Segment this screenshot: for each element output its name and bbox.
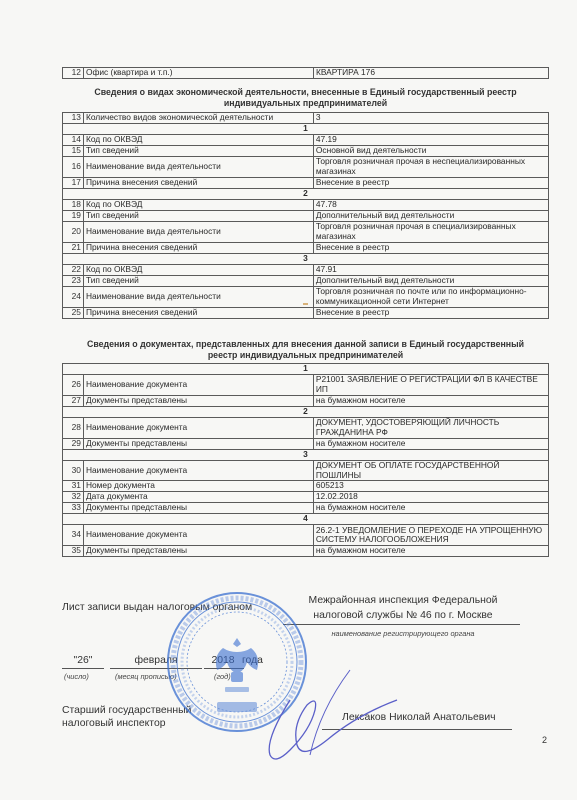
- table-row: 20Наименование вида деятельностиТорговля…: [63, 222, 549, 243]
- row-label: Наименование вида деятельности: [83, 222, 313, 243]
- row-value: 3: [313, 113, 548, 124]
- row-value: КВАРТИРА 176: [313, 68, 548, 79]
- row-number: 29: [63, 439, 84, 450]
- row-label: Причина внесения сведений: [83, 178, 313, 189]
- row-label: Код по ОКВЭД: [83, 135, 313, 146]
- row-value: Торговля розничная прочая в неспециализи…: [313, 157, 548, 178]
- documents-table: 126Наименование документаР21001 ЗАЯВЛЕНИ…: [62, 363, 549, 557]
- row-number: 18: [63, 200, 84, 211]
- row-value: Р21001 ЗАЯВЛЕНИЕ О РЕГИСТРАЦИИ ФЛ В КАЧЕ…: [313, 375, 548, 396]
- row-label: Причина внесения сведений: [83, 308, 313, 319]
- row-label: Наименование документа: [83, 375, 313, 396]
- row-label: Документы представлены: [83, 396, 313, 407]
- authority-underline: [283, 624, 520, 625]
- row-value: 47.19: [313, 135, 548, 146]
- row-label: Документы представлены: [83, 439, 313, 450]
- row-number: 21: [63, 243, 84, 254]
- position-line2: налоговый инспектор: [62, 718, 166, 729]
- row-number: 23: [63, 276, 84, 287]
- group-index: 2: [63, 189, 549, 200]
- group-index: 3: [63, 254, 549, 265]
- row-number: 32: [63, 492, 84, 503]
- row-value: 26.2-1 УВЕДОМЛЕНИЕ О ПЕРЕХОДЕ НА УПРОЩЕН…: [313, 525, 548, 546]
- row-label: Наименование документа: [83, 418, 313, 439]
- row-number: 30: [63, 461, 84, 481]
- row-value: Внесение в реестр: [313, 308, 548, 319]
- group-header-row: 2: [63, 407, 549, 418]
- row-value: на бумажном носителе: [313, 503, 548, 514]
- table-row: 29Документы представленына бумажном носи…: [63, 439, 549, 450]
- row-value: Торговля розничная прочая в специализиро…: [313, 222, 548, 243]
- day-underline: [62, 668, 104, 669]
- row-number: 15: [63, 146, 84, 157]
- row-label: Количество видов экономической деятельно…: [83, 113, 313, 124]
- row-value: Торговля розничная по почте или по инфор…: [313, 287, 548, 308]
- row-number: 14: [63, 135, 84, 146]
- row-label: Тип сведений: [83, 211, 313, 222]
- group-index: 1: [63, 124, 549, 135]
- row-value: Дополнительный вид деятельности: [313, 276, 548, 287]
- row-label: Номер документа: [83, 481, 313, 492]
- row-label: Причина внесения сведений: [83, 243, 313, 254]
- address-table: 12 Офис (квартира и т.п.) КВАРТИРА 176: [62, 67, 549, 79]
- table-row: 31Номер документа605213: [63, 481, 549, 492]
- table-row: 15Тип сведенийОсновной вид деятельности: [63, 146, 549, 157]
- row-label: Код по ОКВЭД: [83, 200, 313, 211]
- table-row: 19Тип сведенийДополнительный вид деятель…: [63, 211, 549, 222]
- authority-line1: Межрайонная инспекция Федеральной: [290, 595, 516, 606]
- group-header-row: 4: [63, 514, 549, 525]
- group-header-row: 3: [63, 450, 549, 461]
- row-number: 22: [63, 265, 84, 276]
- table-row: 16Наименование вида деятельностиТорговля…: [63, 157, 549, 178]
- row-value: Основной вид деятельности: [313, 146, 548, 157]
- page-number: 2: [542, 735, 547, 745]
- row-value: 605213: [313, 481, 548, 492]
- row-value: Внесение в реестр: [313, 178, 548, 189]
- group-header-row: 1: [63, 124, 549, 135]
- authority-hint: наименование регистрирующего органа: [290, 629, 516, 638]
- row-label: Дата документа: [83, 492, 313, 503]
- group-header-row: 3: [63, 254, 549, 265]
- table-row: 26Наименование документаР21001 ЗАЯВЛЕНИЕ…: [63, 375, 549, 396]
- row-value: 47.78: [313, 200, 548, 211]
- group-index: 1: [63, 364, 549, 375]
- row-value: на бумажном носителе: [313, 439, 548, 450]
- section-title-documents: Сведения о документах, представленных дл…: [62, 339, 549, 361]
- row-value: 47.91: [313, 265, 548, 276]
- row-label: Тип сведений: [83, 276, 313, 287]
- row-number: 19: [63, 211, 84, 222]
- row-number: 25: [63, 308, 84, 319]
- table-row: 14Код по ОКВЭД47.19: [63, 135, 549, 146]
- row-number: 33: [63, 503, 84, 514]
- row-label: Код по ОКВЭД: [83, 265, 313, 276]
- row-label: Документы представлены: [83, 546, 313, 557]
- row-number: 20: [63, 222, 84, 243]
- table-row: 32Дата документа12.02.2018: [63, 492, 549, 503]
- row-number: 13: [63, 113, 84, 124]
- table-row: 22Код по ОКВЭД47.91: [63, 265, 549, 276]
- row-label: Офис (квартира и т.п.): [83, 68, 313, 79]
- group-index: 3: [63, 450, 549, 461]
- section-title-activities: Сведения о видах экономической деятельно…: [62, 87, 549, 109]
- table-row: 28Наименование документаДОКУМЕНТ, УДОСТО…: [63, 418, 549, 439]
- row-number: 34: [63, 525, 84, 546]
- row-label: Документы представлены: [83, 503, 313, 514]
- row-label: Наименование вида деятельности: [83, 157, 313, 178]
- row-number: 31: [63, 481, 84, 492]
- row-number: 26: [63, 375, 84, 396]
- row-number: 17: [63, 178, 84, 189]
- table-row: 12 Офис (квартира и т.п.) КВАРТИРА 176: [63, 68, 549, 79]
- day-hint: (число): [64, 672, 89, 681]
- row-value: на бумажном носителе: [313, 396, 548, 407]
- activities-table: 13 Количество видов экономической деятел…: [62, 112, 549, 319]
- group-header-row: 1: [63, 364, 549, 375]
- group-index: 4: [63, 514, 549, 525]
- table-row: 25Причина внесения сведенийВнесение в ре…: [63, 308, 549, 319]
- table-row: 34Наименование документа26.2-1 УВЕДОМЛЕН…: [63, 525, 549, 546]
- row-number: 16: [63, 157, 84, 178]
- row-value: 12.02.2018: [313, 492, 548, 503]
- row-number: 27: [63, 396, 84, 407]
- row-label: Тип сведений: [83, 146, 313, 157]
- table-row: 18Код по ОКВЭД47.78: [63, 200, 549, 211]
- row-value: на бумажном носителе: [313, 546, 548, 557]
- registry-record-sheet: 12 Офис (квартира и т.п.) КВАРТИРА 176 С…: [0, 0, 577, 800]
- group-header-row: 2: [63, 189, 549, 200]
- row-value: ДОКУМЕНТ ОБ ОПЛАТЕ ГОСУДАРСТВЕННОЙ ПОШЛИ…: [313, 461, 548, 481]
- day-value: "26": [64, 655, 102, 666]
- signature-icon: [250, 660, 420, 770]
- row-number: 12: [63, 68, 84, 79]
- row-number: 35: [63, 546, 84, 557]
- table-row: 23Тип сведенийДополнительный вид деятель…: [63, 276, 549, 287]
- row-label: Наименование вида деятельности: [83, 287, 313, 308]
- table-row: 13 Количество видов экономической деятел…: [63, 113, 549, 124]
- row-label: Наименование документа: [83, 525, 313, 546]
- pen-mark: [303, 303, 308, 305]
- row-number: 24: [63, 287, 84, 308]
- row-number: 28: [63, 418, 84, 439]
- table-row: 21Причина внесения сведенийВнесение в ре…: [63, 243, 549, 254]
- table-row: 17Причина внесения сведенийВнесение в ре…: [63, 178, 549, 189]
- row-value: Внесение в реестр: [313, 243, 548, 254]
- table-row: 33Документы представленына бумажном носи…: [63, 503, 549, 514]
- row-value: Дополнительный вид деятельности: [313, 211, 548, 222]
- row-label: Наименование документа: [83, 461, 313, 481]
- table-row: 35Документы представленына бумажном носи…: [63, 546, 549, 557]
- group-index: 2: [63, 407, 549, 418]
- table-row: 27Документы представленына бумажном носи…: [63, 396, 549, 407]
- row-value: ДОКУМЕНТ, УДОСТОВЕРЯЮЩИЙ ЛИЧНОСТЬ ГРАЖДА…: [313, 418, 548, 439]
- table-row: 30Наименование документаДОКУМЕНТ ОБ ОПЛА…: [63, 461, 549, 481]
- authority-line2: налоговой службы № 46 по г. Москве: [290, 610, 516, 621]
